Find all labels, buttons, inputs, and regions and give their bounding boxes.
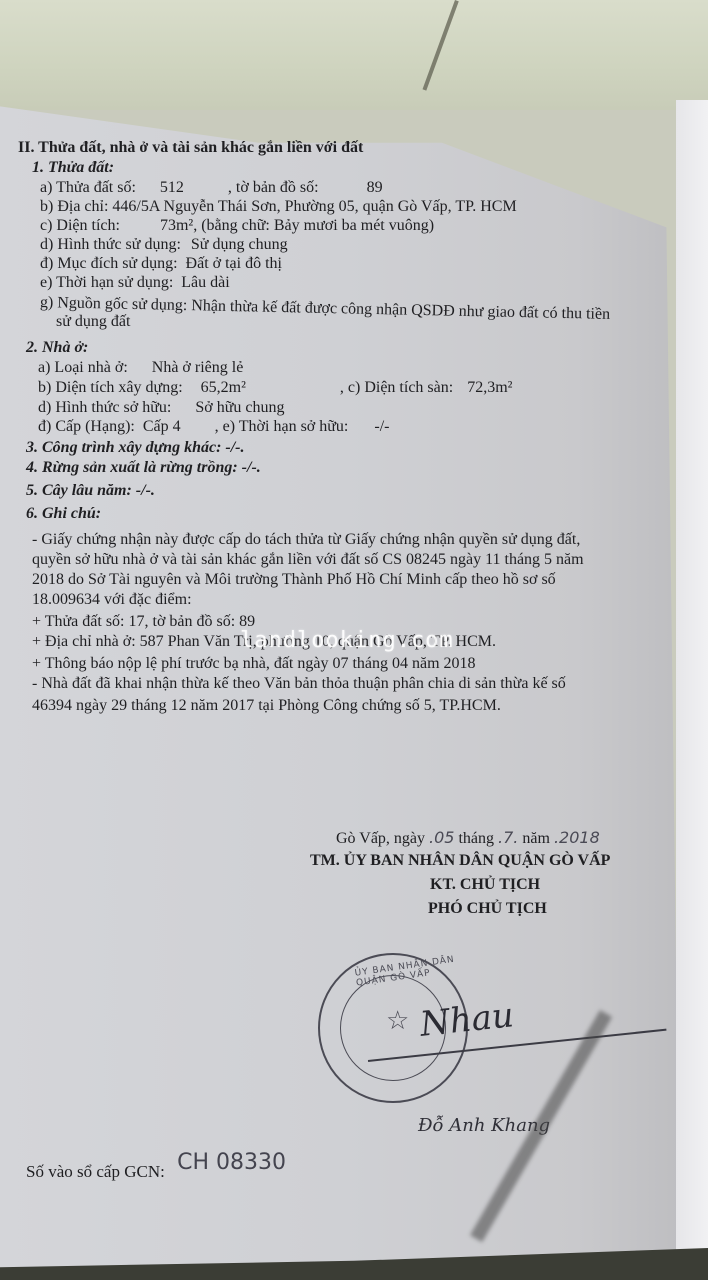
house-heading: 2. Nhà ở: [26,338,88,357]
star-icon: ☆ [386,1006,409,1036]
note-line: + Thửa đất số: 17, tờ bản đồ số: 89 [32,612,255,631]
note-line: 46394 ngày 29 tháng 12 năm 2017 tại Phòn… [32,696,501,715]
authority: TM. ỦY BAN NHÂN DÂN QUẬN GÒ VẤP [310,852,610,870]
build-area-label: b) Diện tích xây dựng: [38,379,183,396]
watermark: landlooking.com [240,628,454,653]
place-date: Gò Vấp, ngày .05 tháng .7. năm .2018 [336,828,600,848]
purpose-label: đ) Mục đích sử dụng: [40,255,178,272]
floor-area-label: , c) Diện tích sàn: [340,379,453,396]
perennial-row: 5. Cây lâu năm: -/-. [26,481,155,500]
purpose-row: đ) Mục đích sử dụng: Đất ở tại đô thị [40,254,282,273]
floor-area-value: 72,3m² [467,379,512,396]
usage-form-value: Sử dụng chung [191,236,288,253]
usage-form-row: d) Hình thức sử dụng: Sử dụng chung [40,235,288,254]
house-type-label: a) Loại nhà ở: [38,359,128,376]
note-line: + Thông báo nộp lệ phí trước bạ nhà, đất… [32,654,476,673]
year-label: năm [522,830,550,847]
month-label: tháng [458,830,494,847]
grade-label: đ) Cấp (Hạng): [38,418,135,435]
date-month: .7. [498,828,518,847]
address-value: 446/5A Nguyễn Thái Sơn, Phường 05, quận … [112,198,516,215]
land-heading: 1. Thửa đất: [32,158,114,177]
ownership-label: d) Hình thức sở hữu: [38,399,171,416]
next-page-edge [676,100,708,1280]
grade-value: Cấp 4 [143,418,181,435]
map-label: , tờ bản đồ số: [228,179,319,196]
registry-value: CH 08330 [177,1150,286,1175]
background-wall [0,0,708,110]
map-number: 89 [367,179,383,196]
house-type-row: a) Loại nhà ở: Nhà ở riêng lẻ [38,358,243,377]
build-area-row: b) Diện tích xây dựng: 65,2m² , c) Diện … [38,378,512,397]
forest-row: 4. Rừng sản xuất là rừng trồng: -/-. [26,458,261,477]
area-value: 73m², (bằng chữ: Bảy mươi ba mét vuông) [160,217,434,234]
date-day: .05 [429,828,454,847]
signer-title: PHÓ CHỦ TỊCH [428,900,547,918]
plot-number: 512 [160,179,184,196]
term-row: e) Thời hạn sử dụng: Lâu dài [40,273,230,292]
note-line: quyền sở hữu nhà ở và tài sản khác gắn l… [32,550,584,569]
note-line: - Nhà đất đã khai nhận thừa kế theo Văn … [32,674,566,693]
plot-row: a) Thửa đất số: 512 , tờ bản đồ số: 89 [40,178,383,197]
term-value: Lâu dài [181,274,229,291]
registry-label: Số vào sổ cấp GCN: [26,1162,165,1181]
construction-row: 3. Công trình xây dựng khác: -/-. [26,438,245,457]
usage-form-label: d) Hình thức sử dụng: [40,236,181,253]
address-label: b) Địa chỉ: [40,198,108,215]
term-label: e) Thời hạn sử dụng: [40,274,173,291]
note-line: 18.009634 với đặc điểm: [32,590,192,609]
grade-row: đ) Cấp (Hạng): Cấp 4 , e) Thời hạn sở hữ… [38,417,389,436]
on-behalf: KT. CHỦ TỊCH [430,876,540,894]
build-area-value: 65,2m² [201,379,246,396]
ownership-value: Sở hữu chung [195,399,284,416]
own-term-label: , e) Thời hạn sở hữu: [215,418,349,435]
origin-cont: sử dụng đất [56,312,130,331]
own-term-value: -/- [374,418,389,435]
plot-label: a) Thửa đất số: [40,179,136,196]
date-year: .2018 [554,828,600,847]
area-row: c) Diện tích: 73m², (bằng chữ: Bảy mươi … [40,216,434,235]
purpose-value: Đất ở tại đô thị [186,255,282,272]
area-label: c) Diện tích: [40,217,120,234]
place-date-prefix: Gò Vấp, ngày [336,830,425,847]
note-line: 2018 do Sở Tài nguyên và Môi trường Thàn… [32,570,556,589]
note-line: - Giấy chứng nhận này được cấp do tách t… [32,530,580,549]
section-title: II. Thửa đất, nhà ở và tài sản khác gắn … [18,138,363,157]
registry-number: Số vào sổ cấp GCN: CH 08330 [26,1158,286,1183]
address-row: b) Địa chỉ: 446/5A Nguyễn Thái Sơn, Phườ… [40,197,517,216]
house-type-value: Nhà ở riêng lẻ [152,359,244,376]
ownership-row: d) Hình thức sở hữu: Sở hữu chung [38,398,285,417]
notes-heading: 6. Ghi chú: [26,504,101,523]
